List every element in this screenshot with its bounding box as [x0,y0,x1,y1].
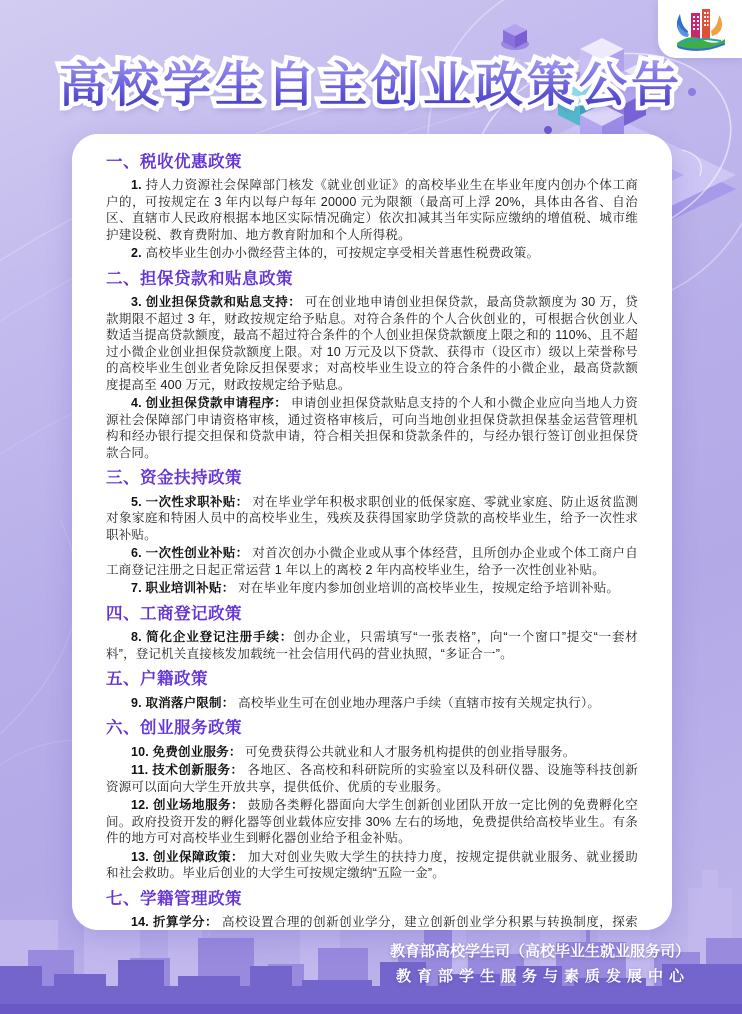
policy-item-13: 13. 创业保障政策： 加大对创业失败大学生的扶持力度，按规定提供就业服务、就业… [106,849,638,882]
moe-employment-service-logo-icon [671,6,729,52]
section-heading-hukou: 五、户籍政策 [106,669,638,690]
section-heading-services: 六、创业服务政策 [106,718,638,739]
section-heading-tax: 一、税收优惠政策 [106,152,638,173]
section-heading-funding: 三、资金扶持政策 [106,468,638,489]
policy-poster: 高校学生自主创业政策公告 高校学生自主创业政策公告 一、税收优惠政策 1. 持人… [0,0,742,1014]
section-heading-registration: 四、工商登记政策 [106,604,638,625]
policy-item-11: 11. 技术创新服务： 各地区、各高校和科研院所的实验室以及科研仪器、设施等科技… [106,762,638,795]
policy-item-12: 12. 创业场地服务： 鼓励各类孵化器面向大学生创新创业团队开放一定比例的免费孵… [106,797,638,847]
policy-item-9: 9. 取消落户限制： 高校毕业生可在创业地办理落户手续（直辖市按有关规定执行）。 [106,695,638,712]
policy-item-10: 10. 免费创业服务： 可免费获得公共就业和人才服务机构提供的创业指导服务。 [106,744,638,761]
policy-item-5: 5. 一次性求职补贴： 对在毕业学年积极求职创业的低保家庭、零就业家庭、防止返贫… [106,494,638,544]
policy-item-4: 4. 创业担保贷款申请程序： 申请创业担保贷款贴息支持的个人和小微企业应向当地人… [106,395,638,461]
section-heading-enrollment: 七、学籍管理政策 [106,889,638,910]
content-card: 一、税收优惠政策 1. 持人力资源社会保障部门核发《就业创业证》的高校毕业生在毕… [72,134,672,930]
issuer-line-1: 教育部高校学生司（高校毕业生就业服务司） [390,940,690,965]
logo-badge [658,0,742,58]
policy-item-7: 7. 职业培训补贴： 对在毕业年度内参加创业培训的高校毕业生，按规定给予培训补贴… [106,580,638,597]
policy-item-3: 3. 创业担保贷款和贴息支持： 可在创业地申请创业担保贷款，最高贷款额度为 30… [106,294,638,393]
poster-title: 高校学生自主创业政策公告 高校学生自主创业政策公告 [0,58,742,113]
policy-item-1: 1. 持人力资源社会保障部门核发《就业创业证》的高校毕业生在毕业年度内创办个体工… [106,177,638,243]
policy-item-14: 14. 折算学分： 高校设置合理的创新创业学分，建立创新创业学分积累与转换制度，… [106,914,638,930]
policy-item-6: 6. 一次性创业补贴： 对首次创办小微企业或从事个体经营，且所创办企业或个体工商… [106,545,638,578]
issuer-footer: 教育部高校学生司（高校毕业生就业服务司） 教育部学生服务与素质发展中心 [390,940,690,990]
poster-title-fill: 高校学生自主创业政策公告 [0,58,742,113]
section-heading-loan: 二、担保贷款和贴息政策 [106,269,638,290]
issuer-line-2: 教育部学生服务与素质发展中心 [390,965,690,990]
small-gem-icon [501,24,529,50]
policy-item-2: 2. 高校毕业生创办小微经营主体的，可按规定享受相关普惠性税费政策。 [106,245,638,262]
policy-item-8: 8. 简化企业登记注册手续：创办企业，只需填写“一张表格”，向“一个窗口”提交“… [106,629,638,662]
